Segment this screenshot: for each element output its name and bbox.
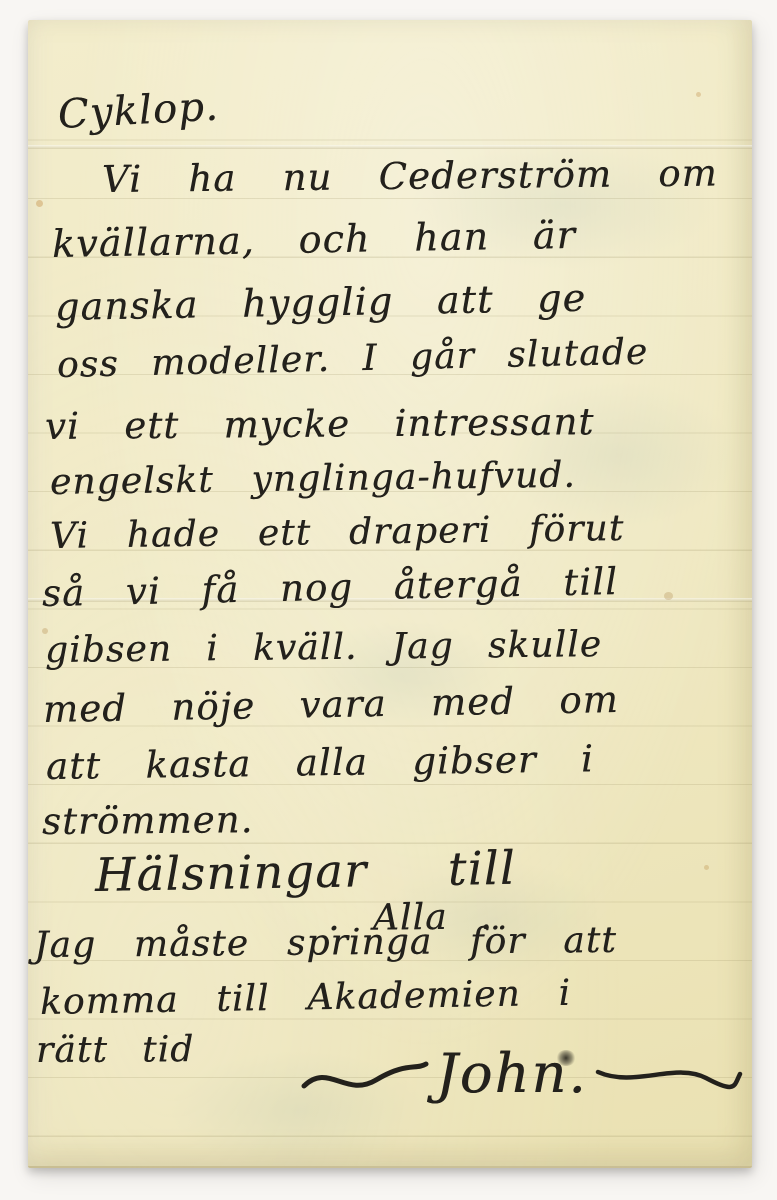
letter-line: ganska hygglig att ge: [55, 276, 587, 329]
closing-line: Hälsningar till: [95, 841, 517, 902]
salutation-line: Cyklop.: [57, 84, 220, 138]
signature-flourish-left: [300, 1044, 430, 1104]
signature-name: John.: [436, 1042, 588, 1105]
letter-line: komma till Akademien i: [40, 973, 572, 1023]
scan-background: Cyklop. Vi ha nu Cederström om kvällarna…: [0, 0, 777, 1200]
letter-line: rätt tid: [36, 1029, 195, 1071]
letter-line: vi ett mycke intressant: [45, 400, 595, 448]
foxing-spot: [664, 592, 673, 600]
letter-line: Jag måste springa för att: [34, 920, 617, 966]
letter-line: att kasta alla gibser i: [46, 737, 595, 788]
letter-line: med nöje vara med om: [43, 678, 620, 731]
letter-line: kvällarna, och han är: [52, 213, 577, 266]
letter-line: så vi få nog återgå till: [42, 560, 619, 615]
letter-paper: Cyklop. Vi ha nu Cederström om kvällarna…: [28, 20, 752, 1168]
letter-line: engelskt ynglinga-hufvud.: [50, 455, 576, 503]
letter-line: gibsen i kväll. Jag skulle: [45, 624, 603, 671]
foxing-spot: [704, 865, 709, 870]
letter-line: Vi ha nu Cederström om: [102, 152, 718, 201]
letter-line: strömmen.: [42, 798, 254, 843]
fold-crease: [28, 145, 752, 149]
letter-line: Vi hade ett draperi förut: [50, 508, 625, 557]
letter-line: oss modeller. I går slutade: [57, 332, 649, 386]
signature-flourish-right: [594, 1044, 744, 1104]
signature: John.: [300, 1042, 744, 1105]
foxing-spot: [36, 200, 43, 207]
foxing-spot: [696, 92, 701, 97]
